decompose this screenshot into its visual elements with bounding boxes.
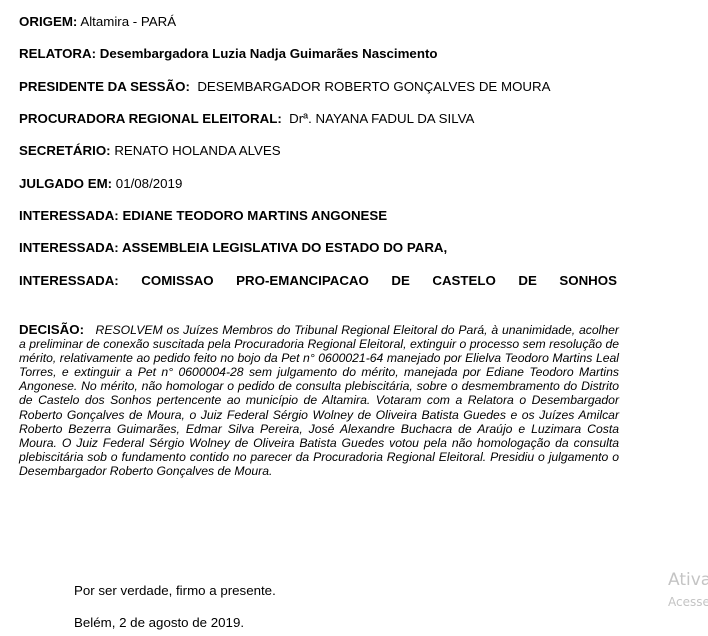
secretario-label: SECRETÁRIO: <box>19 143 111 158</box>
relatora-value: Desembargadora Luzia Nadja Guimarães Nas… <box>100 46 438 61</box>
interessada-value: ASSEMBLEIA LEGISLATIVA DO ESTADO DO PARA… <box>122 240 447 255</box>
field-secretario: SECRETÁRIO: RENATO HOLANDA ALVES <box>19 143 281 159</box>
presidente-label: PRESIDENTE DA SESSÃO: <box>19 79 190 94</box>
interessada-label: INTERESSADA: <box>19 273 119 288</box>
field-interessada-3: INTERESSADA: COMISSAO PRO-EMANCIPACAO DE… <box>19 273 617 289</box>
procuradora-value: Drª. NAYANA FADUL DA SILVA <box>289 111 474 126</box>
procuradora-label: PROCURADORA REGIONAL ELEITORAL: <box>19 111 282 126</box>
field-interessada-1: INTERESSADA: EDIANE TEODORO MARTINS ANGO… <box>19 208 387 224</box>
closing-place-date: Belém, 2 de agosto de 2019. <box>74 615 244 631</box>
relatora-label: RELATORA: <box>19 46 96 61</box>
field-procuradora: PROCURADORA REGIONAL ELEITORAL: Drª. NAY… <box>19 111 474 127</box>
field-presidente: PRESIDENTE DA SESSÃO: DESEMBARGADOR ROBE… <box>19 79 551 95</box>
field-interessada-2: INTERESSADA: ASSEMBLEIA LEGISLATIVA DO E… <box>19 240 447 256</box>
field-origem: ORIGEM: Altamira - PARÁ <box>19 14 176 30</box>
field-relatora: RELATORA: Desembargadora Luzia Nadja Gui… <box>19 46 438 62</box>
julgado-em-value: 01/08/2019 <box>116 176 183 191</box>
decision-paragraph: DECISÃO: RESOLVEM os Juízes Membros do T… <box>19 323 619 478</box>
origem-label: ORIGEM: <box>19 14 77 29</box>
origem-value: Altamira - PARÁ <box>80 14 176 29</box>
windows-activation-title: Ativar o Windows <box>668 570 708 590</box>
julgado-em-label: JULGADO EM: <box>19 176 112 191</box>
field-julgado-em: JULGADO EM: 01/08/2019 <box>19 176 182 192</box>
windows-activation-subtitle: Acesse Configurações para ativar o Windo… <box>668 595 708 609</box>
presidente-value: DESEMBARGADOR ROBERTO GONÇALVES DE MOURA <box>197 79 550 94</box>
closing-statement: Por ser verdade, firmo a presente. <box>74 583 276 599</box>
interessada-value: COMISSAO PRO-EMANCIPACAO DE CASTELO DE S… <box>141 273 617 288</box>
interessada-label: INTERESSADA: <box>19 240 119 255</box>
decision-text: RESOLVEM os Juízes Membros do Tribunal R… <box>19 323 619 478</box>
interessada-label: INTERESSADA: <box>19 208 119 223</box>
decision-label: DECISÃO: <box>19 322 84 337</box>
interessada-value: EDIANE TEODORO MARTINS ANGONESE <box>122 208 387 223</box>
secretario-value: RENATO HOLANDA ALVES <box>114 143 280 158</box>
